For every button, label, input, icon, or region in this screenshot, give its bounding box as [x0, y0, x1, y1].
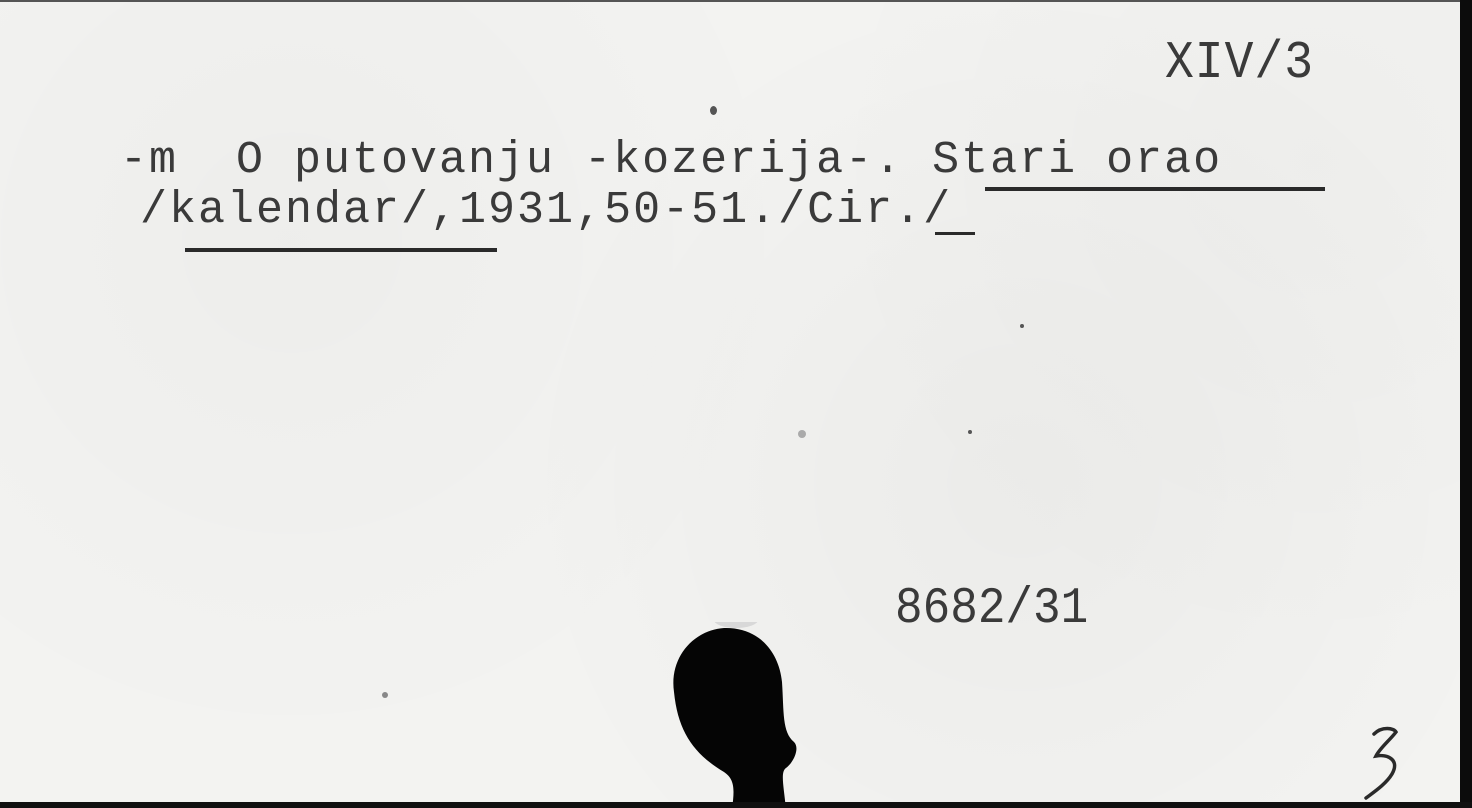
punch-hole — [664, 622, 804, 808]
scan-border-right — [1460, 0, 1472, 808]
entry-line-1: -m O putovanju -kozerija-. Stari orao — [120, 135, 1222, 186]
classification-mark: XIV/3 — [1165, 34, 1314, 93]
underline-kalendar — [185, 248, 497, 252]
ink-speck — [382, 692, 388, 698]
ink-speck — [798, 430, 806, 438]
ink-speck — [710, 106, 717, 115]
scan-border-bottom — [0, 802, 1472, 808]
underline-cir — [935, 232, 975, 235]
underline-stari-orao — [985, 187, 1325, 191]
catalog-card: XIV/3 -m O putovanju -kozerija-. Stari o… — [0, 0, 1460, 804]
ink-speck — [1020, 324, 1024, 328]
inventory-number: 8682/31 — [895, 580, 1088, 637]
handwritten-number-mark: 3 — [1360, 722, 1410, 802]
entry-line-2: /kalendar/,1931,50-51./Cir./ — [140, 185, 952, 236]
ink-speck — [968, 430, 972, 434]
